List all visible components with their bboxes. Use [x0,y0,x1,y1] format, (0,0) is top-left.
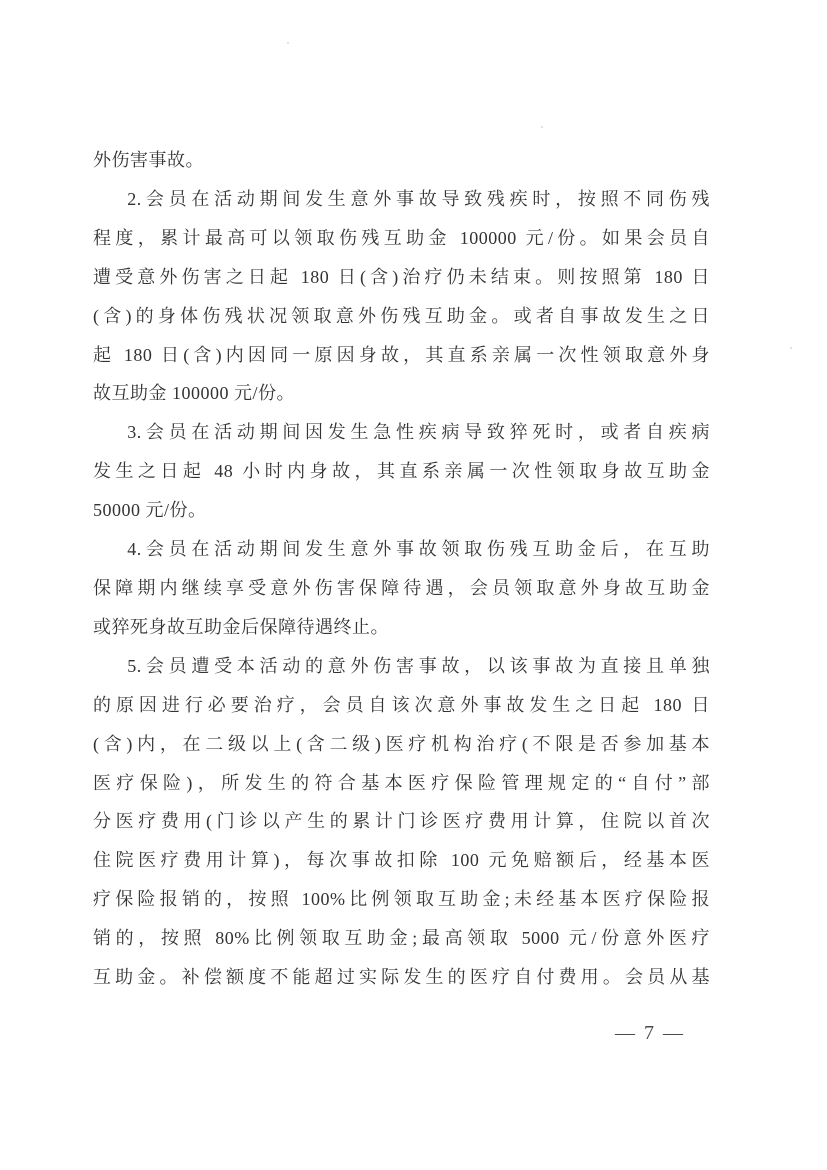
text-line: 保障期内继续享受意外伤害保障待遇，会员领取意外身故互助金 [93,569,710,608]
text-line: 的原因进行必要治疗，会员自该次意外事故发生之日起 180 日 [93,686,710,725]
text-line: 销的，按照 80%比例领取互助金;最高领取 5000 元/份意外医疗 [93,919,710,958]
text-line: 程度，累计最高可以领取伤残互助金 100000 元/份。如果会员自 [93,219,710,258]
scan-speck [541,126,543,128]
scan-speck [790,347,792,349]
text-line: 50000 元/份。 [93,491,710,530]
text-line: 互助金。补偿额度不能超过实际发生的医疗自付费用。会员从基 [93,958,710,997]
body-text: 外伤害事故。2.会员在活动期间发生意外事故导致残疾时，按照不同伤残程度，累计最高… [93,141,710,997]
scan-speck [287,42,289,44]
text-line: (含)内，在二级以上(含二级)医疗机构治疗(不限是否参加基本 [93,725,710,764]
text-line: 故互助金 100000 元/份。 [93,374,710,413]
text-line: 住院医疗费用计算)，每次事故扣除 100 元免赔额后，经基本医 [93,841,710,880]
text-line: 4.会员在活动期间发生意外事故领取伤残互助金后，在互助 [93,530,710,569]
document-page: 外伤害事故。2.会员在活动期间发生意外事故导致残疾时，按照不同伤残程度，累计最高… [0,0,827,1170]
page-number: — 7 — [615,1022,685,1045]
paragraph: 3.会员在活动期间因发生急性疾病导致猝死时，或者自疾病发生之日起 48 小时内身… [93,413,710,530]
text-line: 疗保险报销的，按照 100%比例领取互助金;未经基本医疗保险报 [93,880,710,919]
text-line: (含)的身体伤残状况领取意外伤残互助金。或者自事故发生之日 [93,297,710,336]
text-line: 5.会员遭受本活动的意外伤害事故，以该事故为直接且单独 [93,647,710,686]
text-line: 医疗保险)，所发生的符合基本医疗保险管理规定的“自付”部 [93,764,710,803]
text-line: 遭受意外伤害之日起 180 日(含)治疗仍未结束。则按照第 180 日 [93,258,710,297]
text-line: 外伤害事故。 [93,141,710,180]
paragraph: 4.会员在活动期间发生意外事故领取伤残互助金后，在互助保障期内继续享受意外伤害保… [93,530,710,647]
text-line: 3.会员在活动期间因发生急性疾病导致猝死时，或者自疾病 [93,413,710,452]
text-line: 2.会员在活动期间发生意外事故导致残疾时，按照不同伤残 [93,180,710,219]
text-line: 分医疗费用(门诊以产生的累计门诊医疗费用计算，住院以首次 [93,802,710,841]
text-line: 起 180 日(含)内因同一原因身故，其直系亲属一次性领取意外身 [93,336,710,375]
paragraph: 2.会员在活动期间发生意外事故导致残疾时，按照不同伤残程度，累计最高可以领取伤残… [93,180,710,413]
text-line: 或猝死身故互助金后保障待遇终止。 [93,608,710,647]
paragraph: 外伤害事故。 [93,141,710,180]
text-line: 发生之日起 48 小时内身故，其直系亲属一次性领取身故互助金 [93,452,710,491]
paragraph: 5.会员遭受本活动的意外伤害事故，以该事故为直接且单独的原因进行必要治疗，会员自… [93,647,710,997]
